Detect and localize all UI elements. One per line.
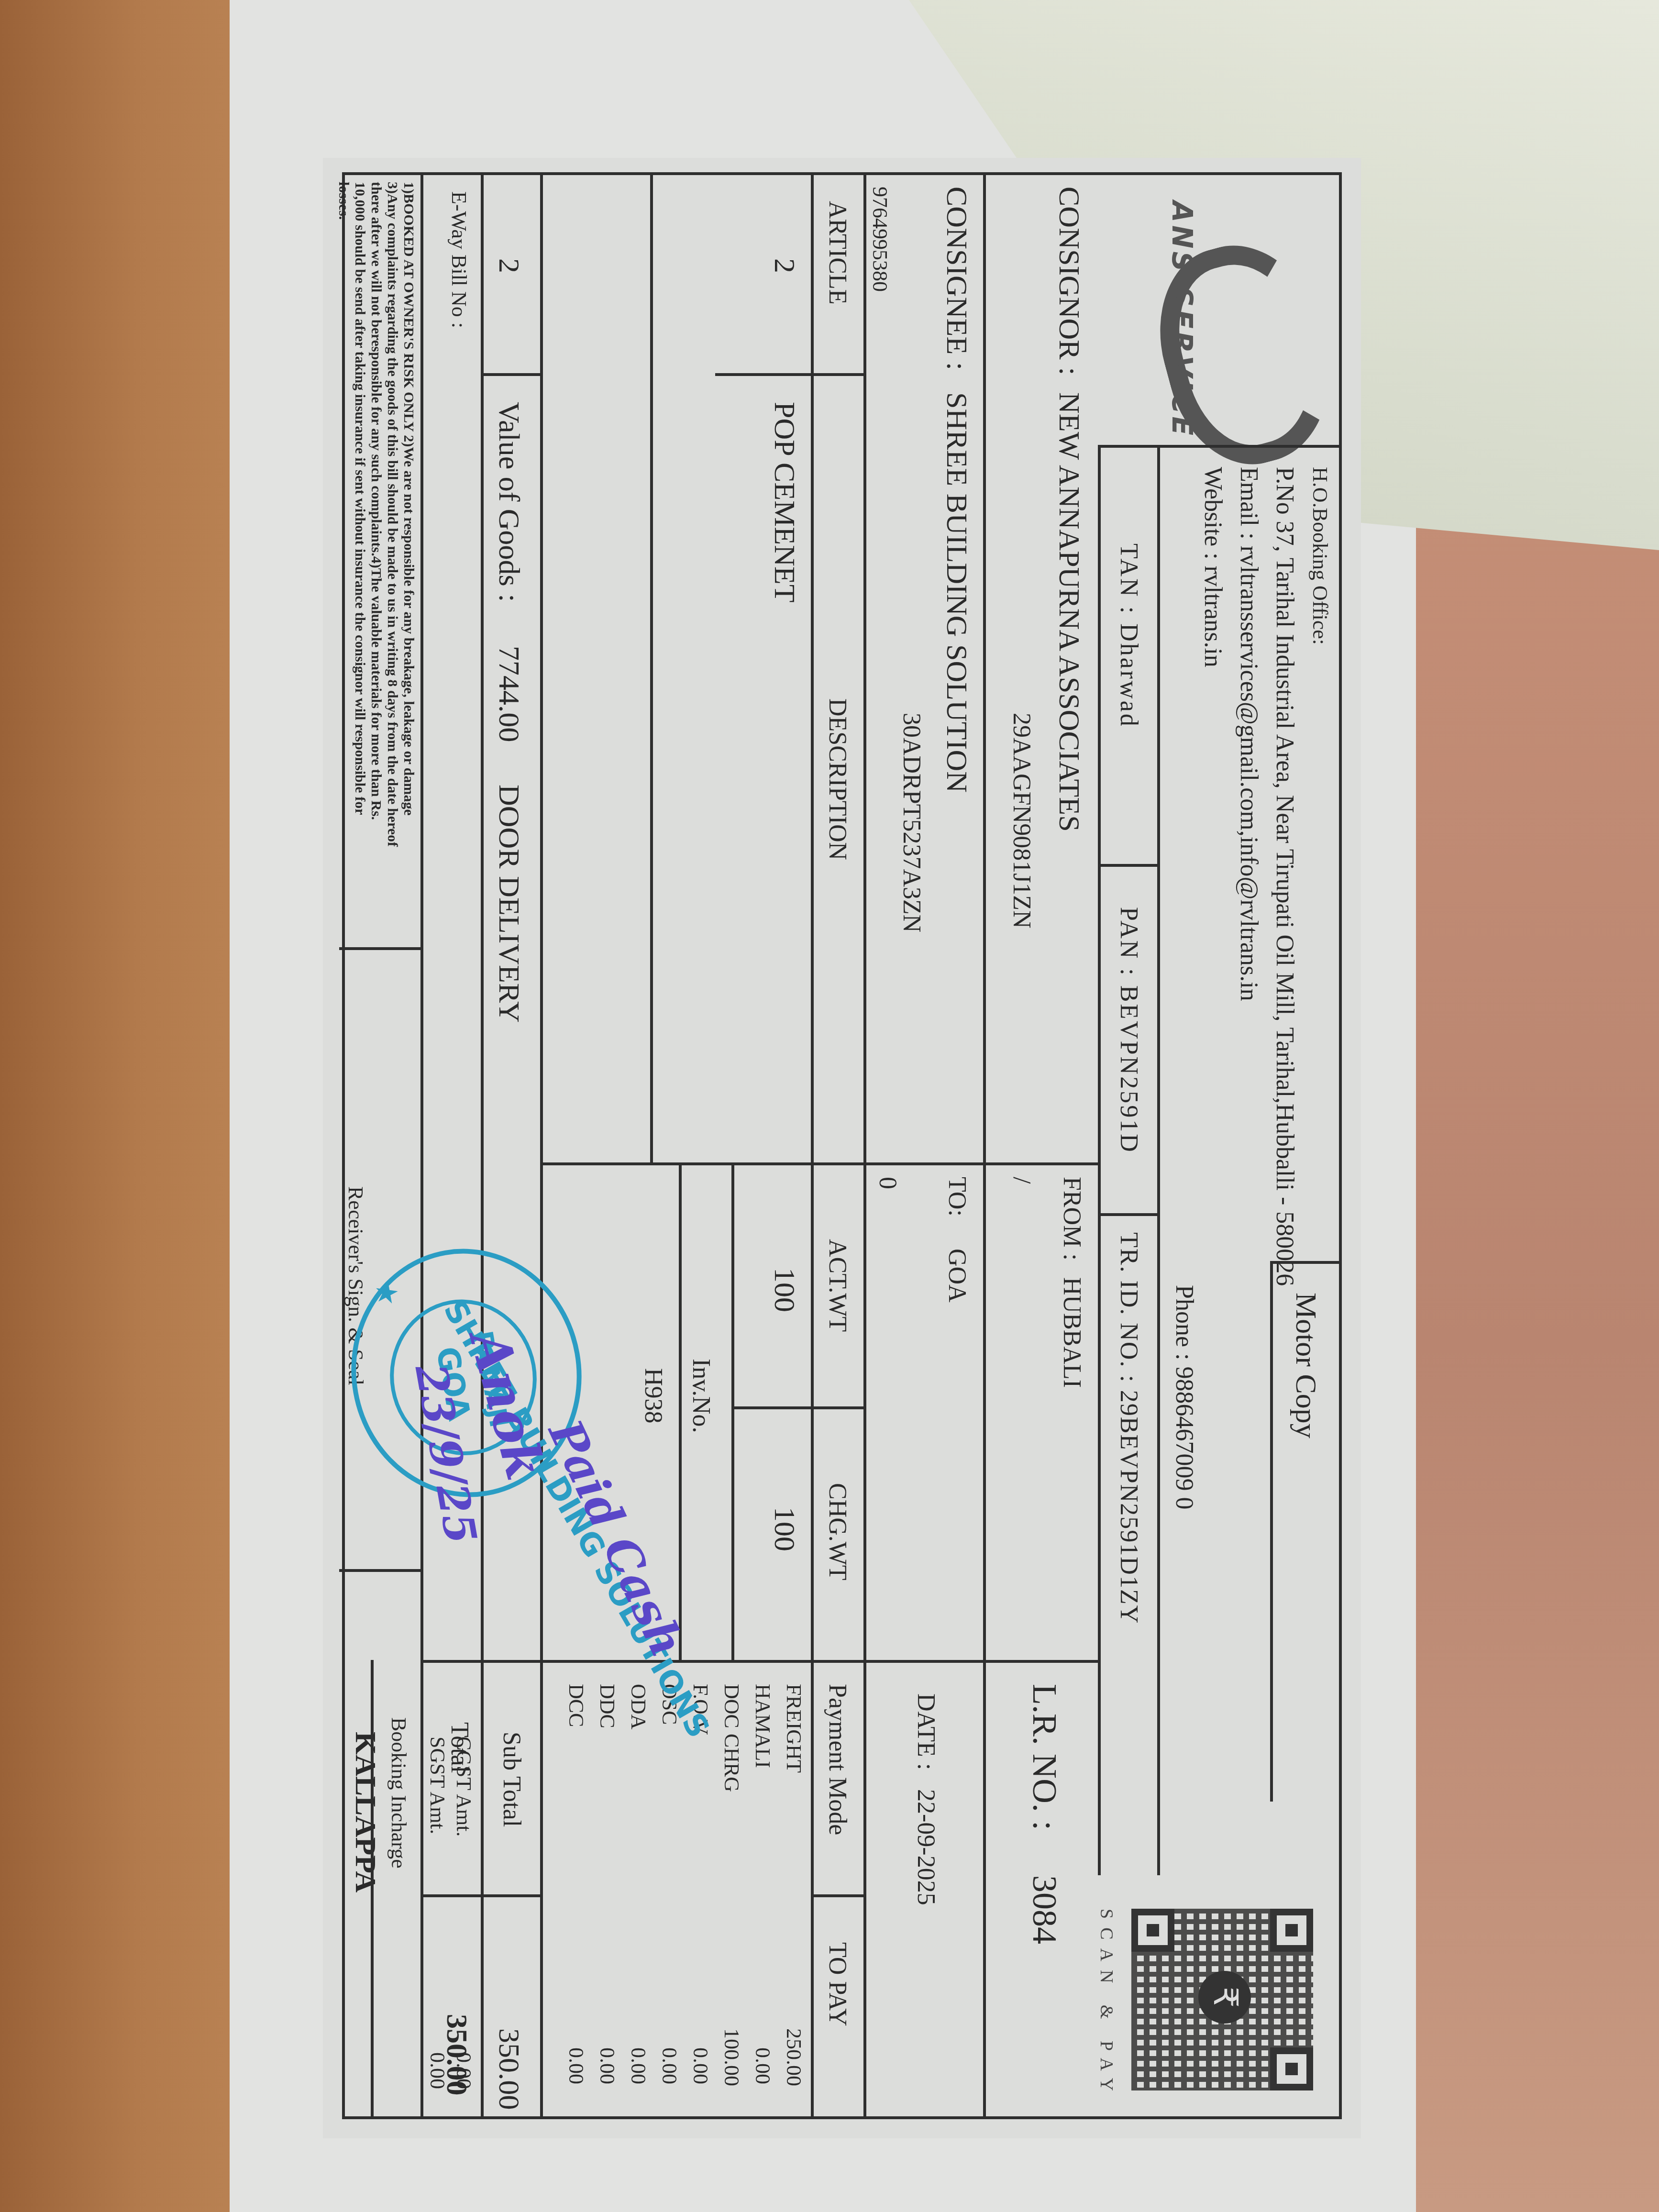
inv-label: Inv.No.: [687, 1359, 715, 1433]
total-label: Total: [445, 1722, 474, 1773]
col-description: DESCRIPTION: [823, 698, 852, 860]
company-website: Website : rvltrans.in: [1199, 467, 1227, 667]
col-article: ARTICLE: [823, 201, 852, 304]
company-logo: ANS SERVICE: [1160, 187, 1332, 445]
consignor-row: CONSIGNOR : NEW ANNAPURNA ASSOCIATES 29A…: [983, 172, 1098, 2119]
charge-value: 0.00: [657, 2047, 682, 2084]
terms-conditions: 1)BOOKED AT OWNER'S RISK ONLY 2)We are n…: [335, 182, 417, 847]
consignee-label: CONSIGNEE :: [940, 187, 973, 370]
article-count: 2: [492, 258, 526, 273]
charge-label: HAMALI: [751, 1684, 775, 1768]
star-icon: ★: [368, 1278, 405, 1309]
lr-date: 22-09-2025: [912, 1789, 940, 1905]
consignee-phone: 9764995380: [868, 187, 892, 292]
charge-label: DCC: [564, 1684, 588, 1727]
sub-total-label: Sub Total: [498, 1732, 526, 1827]
consignee-row: CONSIGNEE : SHREE BUILDING SOLUTION 30AD…: [863, 172, 983, 2119]
from-city: HUBBALI: [1058, 1277, 1086, 1388]
charge-label: FREIGHT: [782, 1684, 806, 1773]
tan: TAN : Dharwad: [1115, 543, 1143, 728]
qr-caption: SCAN & PAY: [1096, 1909, 1117, 2100]
payment-mode: TO PAY: [823, 1942, 852, 2026]
charge-value: 250.00: [782, 2028, 806, 2086]
lorry-receipt: ANS SERVICE H.O.Booking Office: P.No 37,…: [323, 158, 1361, 2138]
eway-tax-row: E-Way Bill No : CGST Amt. SGST Amt. 0.00…: [423, 172, 481, 2119]
tr-id: TR. ID. NO. : 29BEVPN2591D1ZY: [1115, 1232, 1143, 1624]
consignee-name: SHREE BUILDING SOLUTION: [940, 392, 973, 793]
consignee-gstin: 30ADRPT5237A3ZN: [897, 713, 926, 932]
charge-value: 0.00: [751, 2047, 775, 2084]
rupee-upi-icon: ₹: [1198, 1971, 1251, 2024]
charge-label: ODA: [626, 1684, 651, 1729]
row-act-wt: 100: [767, 1268, 801, 1312]
copy-type-box: Motor Copy: [1270, 1261, 1342, 1802]
goods-value: 7744.00: [492, 646, 526, 742]
charge-value: 0.00: [595, 2047, 619, 2084]
charge-value: 0.00: [688, 2047, 713, 2084]
row-article: 2: [767, 258, 801, 273]
delivery-type: DOOR DELIVERY: [492, 785, 526, 1023]
copy-type: Motor Copy: [1289, 1293, 1323, 1438]
office-label: H.O.Booking Office:: [1308, 467, 1332, 645]
goods-body: 2 POP CEMENET 100 100 Inv.No. H938 FREIG…: [543, 172, 811, 2119]
company-phone: Phone : 9886467009 0: [1170, 1285, 1198, 1509]
consignor-name: NEW ANNAPURNA ASSOCIATES: [1052, 392, 1086, 832]
charge-label: DOC CHRG: [719, 1684, 744, 1792]
charge-value: 100.00: [719, 2028, 744, 2086]
value-label: Value of Goods :: [492, 402, 526, 602]
from-extra: /: [1007, 1177, 1036, 1183]
lr-number: 3084: [1025, 1875, 1064, 1944]
eway-label: E-Way Bill No :: [447, 191, 471, 328]
header-block: H.O.Booking Office: P.No 37, Tarihal Ind…: [1160, 445, 1342, 1799]
lr-label: L.R. NO. :: [1025, 1684, 1064, 1830]
sub-total: 350.00: [492, 2028, 526, 2110]
consignor-label: CONSIGNOR :: [1052, 187, 1086, 375]
col-chg-wt: CHG.WT: [823, 1483, 852, 1581]
col-act-wt: ACT.WT: [823, 1239, 852, 1332]
inv-number: H938: [639, 1368, 667, 1424]
total-row: Total 350.00: [371, 1660, 423, 2119]
row-description: POP CEMENET: [767, 402, 801, 603]
charge-label: DDC: [595, 1684, 619, 1728]
tax-id-row: TAN : Dharwad PAN : BEVPN2591D TR. ID. N…: [1098, 445, 1160, 1875]
company-email: Email : rvltransservices@gmail.com,info@…: [1235, 467, 1263, 1001]
from-label: FROM :: [1058, 1177, 1086, 1261]
date-label: DATE :: [912, 1693, 940, 1770]
payment-mode-label: Payment Mode: [823, 1684, 852, 1835]
charge-value: 0.00: [564, 2047, 588, 2084]
company-address: P.No 37, Tarihal Industrial Area, Near T…: [1271, 467, 1299, 1286]
logo-text: ANS SERVICE: [1166, 201, 1198, 438]
to-city: GOA: [943, 1249, 971, 1303]
value-row: 2 Value of Goods : 7744.00 DOOR DELIVERY…: [481, 172, 543, 2119]
upi-qr-code[interactable]: ₹ SCAN & PAY: [1084, 1899, 1332, 2110]
consignor-gstin: 29AAGFN9081J1ZN: [1007, 713, 1036, 929]
charge-value: 0.00: [626, 2047, 651, 2084]
row-chg-wt: 100: [767, 1507, 801, 1551]
goods-table-header: ARTICLE DESCRIPTION ACT.WT CHG.WT Paymen…: [811, 172, 863, 2119]
pan: PAN : BEVPN2591D: [1115, 907, 1143, 1154]
total-value: 350.00: [440, 2014, 474, 2096]
to-extra: 0: [874, 1177, 902, 1189]
to-label: TO:: [943, 1177, 971, 1217]
